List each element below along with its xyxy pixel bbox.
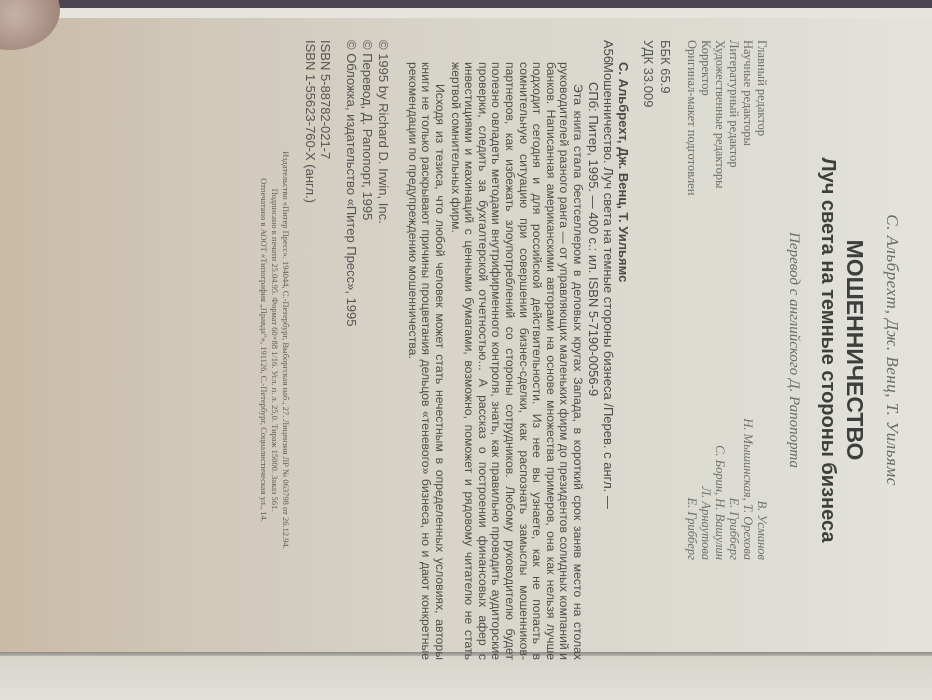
book-subtitle: Луч света на темные стороны бизнеса <box>816 40 839 660</box>
copyright-page-text: С. Альбрехт, Дж. Венц, Т. Уильямс МОШЕНН… <box>12 40 902 680</box>
bib-code: А56 <box>601 40 616 62</box>
copyright-notices: © 1995 by Richard D. Irwin, Inc. © Перев… <box>343 40 391 660</box>
imprint-line: Отпечатано в АООТ «Типография „Правда“»,… <box>258 40 269 660</box>
copyright-line: © Обложка, издательство «Питер Пресс», 1… <box>343 40 359 660</box>
credit-row: Главный редактор В. Усманов <box>755 40 769 560</box>
imprint-line: Подписано к печати 25.04.95. Формат 60×8… <box>269 40 280 660</box>
credit-row: Литературный редактор Е. Грибберг <box>727 40 741 560</box>
udk-code: УДК 33.009 <box>639 40 656 660</box>
annotation-paragraph-2: Исходя из тезиса, что любой человек може… <box>405 62 446 660</box>
credit-name: Е. Грибберг <box>727 498 741 560</box>
copyright-line: © 1995 by Richard D. Irwin, Inc. <box>375 40 391 660</box>
bib-line-2: СПб: Питер, 1995. — 400 с.: ил. ISBN 5-7… <box>586 40 601 660</box>
credit-row: Оригинал-макет подготовлен Е. Грибберг <box>685 40 699 560</box>
credit-name: В. Усманов <box>755 501 769 560</box>
imprint-line: Издательство «Питер Пресс». 194044, С.-П… <box>280 40 291 660</box>
editorial-credits: Главный редактор В. Усманов Научные реда… <box>685 40 769 560</box>
authors-line: С. Альбрехт, Дж. Венц, Т. Уильямс <box>882 40 902 660</box>
credit-role: Оригинал-макет подготовлен <box>685 40 699 195</box>
credit-name: С. Борин, Н. Вашулин <box>713 445 727 560</box>
credit-row: Корректор Л. Арнаутова <box>699 40 713 560</box>
credit-name: Е. Грибберг <box>685 498 699 560</box>
isbn-list: ISBN 5-88782-021-7 ISBN 1-55623-760-X (а… <box>303 40 333 660</box>
credit-name: Л. Арнаутова <box>699 487 713 560</box>
credit-role: Художественные редакторы <box>713 40 727 189</box>
book-title: МОШЕННИЧЕСТВО <box>841 40 868 660</box>
isbn-line: ISBN 5-88782-021-7 <box>318 40 333 660</box>
bib-line-1: Мошенничество. Луч света на темные сторо… <box>601 62 616 509</box>
printing-imprint: Издательство «Питер Пресс». 194044, С.-П… <box>258 40 291 660</box>
page-top-edge <box>40 8 932 18</box>
book-page-photo: С. Альбрехт, Дж. Венц, Т. Уильямс МОШЕНН… <box>0 0 932 700</box>
credit-role: Научные редакторы <box>741 40 755 146</box>
bibliographic-entry: А56 Мошенничество. Луч света на темные с… <box>601 40 616 660</box>
annotation-paragraph-1: Эта книга стала бестселлером в деловых к… <box>448 62 584 660</box>
copyright-line: © Перевод, Д. Рапопорт, 1995 <box>359 40 375 660</box>
translation-credit: Перевод с английского Д. Рапопорта <box>785 40 802 660</box>
credit-role: Литературный редактор <box>727 40 741 168</box>
credit-role: Корректор <box>699 40 713 96</box>
credit-row: Художественные редакторы С. Борин, Н. Ва… <box>713 40 727 560</box>
credit-row: Научные редакторы Н. Мышинская, Т. Орехо… <box>741 40 755 560</box>
bbk-code: ББК 65.9 <box>656 40 673 660</box>
credit-role: Главный редактор <box>755 40 769 136</box>
isbn-line: ISBN 1-55623-760-X (англ.) <box>303 40 318 660</box>
book-cover-edge <box>40 0 932 8</box>
credit-name: Н. Мышинская, Т. Орехова <box>741 418 755 560</box>
bibliographic-authors: С. Альбрехт, Дж. Венц, Т. Уильямс <box>616 40 631 660</box>
classification-codes: ББК 65.9 УДК 33.009 <box>639 40 673 660</box>
